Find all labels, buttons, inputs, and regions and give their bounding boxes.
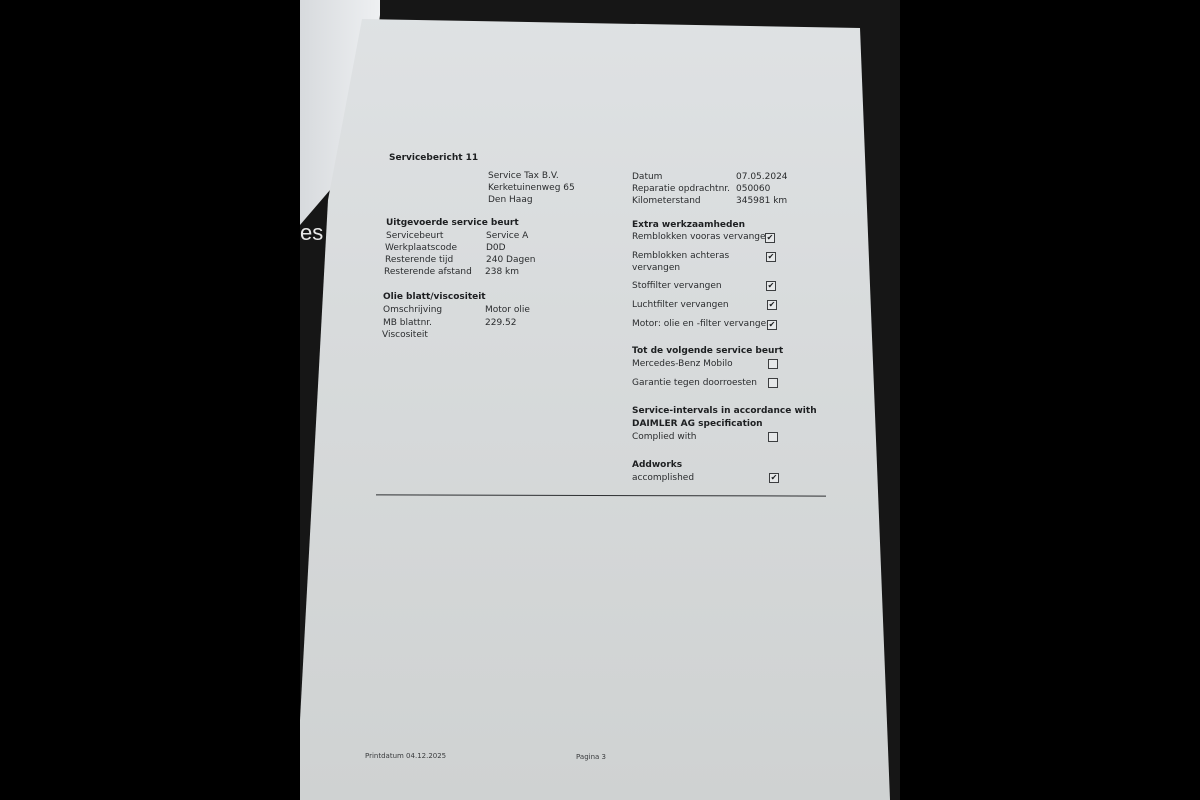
service-value: D0D (486, 243, 506, 253)
extra-item-label-cont: vervangen (632, 263, 680, 273)
meta-label: Datum (632, 172, 662, 182)
extra-item-label: Motor: olie en -filter vervangen (632, 319, 772, 329)
addworks-heading: Addworks (632, 460, 682, 470)
oil-label: Viscositeit (382, 330, 428, 340)
checkbox-checked[interactable]: ✔ (766, 281, 776, 291)
meta-value: 07.05.2024 (736, 172, 788, 182)
dealer-street: Kerketuinenweg 65 (488, 183, 575, 193)
checkbox-unchecked[interactable] (768, 432, 778, 442)
oil-label: Omschrijving (383, 305, 442, 315)
checkbox-checked[interactable]: ✔ (766, 252, 776, 262)
checkbox-checked[interactable]: ✔ (765, 233, 775, 243)
service-label: Resterende afstand (384, 267, 472, 277)
next-item-label: Mercedes-Benz Mobilo (632, 359, 733, 369)
service-label: Servicebeurt (386, 231, 443, 241)
extra-item-label: Luchtfilter vervangen (632, 300, 729, 310)
checkbox-unchecked[interactable] (768, 359, 778, 369)
dealer-name: Service Tax B.V. (488, 171, 559, 181)
dealer-city: Den Haag (488, 195, 533, 205)
oil-value: 229.52 (485, 318, 517, 328)
extra-item-label: Remblokken vooras vervangen (632, 232, 771, 242)
intervals-item-label: Complied with (632, 432, 696, 442)
service-heading: Uitgevoerde service beurt (386, 218, 519, 228)
next-item-label: Garantie tegen doorroesten (632, 378, 757, 388)
meta-label: Kilometerstand (632, 196, 701, 206)
checkbox-checked[interactable]: ✔ (769, 473, 779, 483)
meta-value: 050060 (736, 184, 770, 194)
checkbox-unchecked[interactable] (768, 378, 778, 388)
meta-label: Reparatie opdrachtnr. (632, 184, 730, 194)
checkbox-checked[interactable]: ✔ (767, 300, 777, 310)
oil-label: MB blattnr. (383, 318, 432, 328)
oil-value: Motor olie (485, 305, 530, 315)
service-label: Werkplaatscode (385, 243, 457, 253)
extra-item-label: Remblokken achteras (632, 251, 729, 261)
service-value: 238 km (485, 267, 519, 277)
service-value: Service A (486, 231, 528, 241)
report-title: Servicebericht 11 (389, 153, 478, 163)
horizontal-divider (376, 494, 826, 496)
extra-item-label: Stoffilter vervangen (632, 281, 722, 291)
meta-value: 345981 km (736, 196, 787, 206)
intervals-heading: Service-intervals in accordance with (632, 406, 817, 416)
print-date: Printdatum 04.12.2025 (365, 752, 446, 760)
service-value: 240 Dagen (486, 255, 535, 265)
oil-heading: Olie blatt/viscositeit (383, 292, 486, 302)
extra-heading: Extra werkzaamheden (632, 220, 745, 230)
checkbox-checked[interactable]: ✔ (767, 320, 777, 330)
intervals-heading-cont: DAIMLER AG specification (632, 419, 763, 429)
service-report: Servicebericht 11 Service Tax B.V. Kerke… (0, 0, 1200, 800)
addworks-item-label: accomplished (632, 473, 694, 483)
service-label: Resterende tijd (385, 255, 453, 265)
page-number: Pagina 3 (576, 753, 606, 761)
next-service-heading: Tot de volgende service beurt (632, 346, 783, 356)
